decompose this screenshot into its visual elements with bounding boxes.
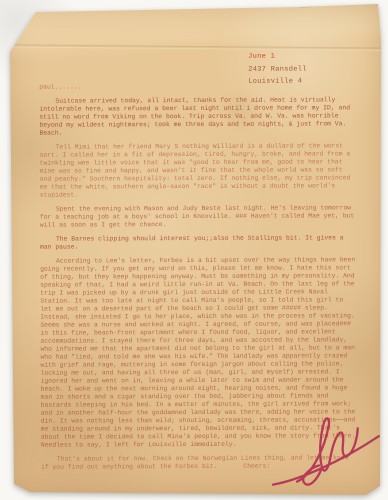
- signature-scrawl: [267, 409, 383, 492]
- paragraph: Spent the evening with Mason and Judy Be…: [40, 204, 357, 229]
- paragraph: The Barnes clipping should interest you;…: [40, 234, 357, 251]
- paragraph: Tell Mimi that her friend Mary S nothing…: [40, 142, 357, 199]
- salutation: paul.......: [39, 82, 356, 91]
- letter-content: June 1 2437 Ransdell Louisville 4 paul..…: [0, 0, 388, 500]
- paragraph: Suitcase arrived today, all intact, than…: [39, 96, 356, 137]
- scanned-letter-page: June 1 2437 Ransdell Louisville 4 paul..…: [0, 0, 388, 500]
- heading-address-street: 2437 Ransdell: [248, 63, 307, 76]
- paper-surface: June 1 2437 Ransdell Louisville 4 paul..…: [0, 0, 388, 500]
- paper-sheet: June 1 2437 Ransdell Louisville 4 paul..…: [0, 0, 388, 500]
- heading-date: June 1: [248, 51, 307, 64]
